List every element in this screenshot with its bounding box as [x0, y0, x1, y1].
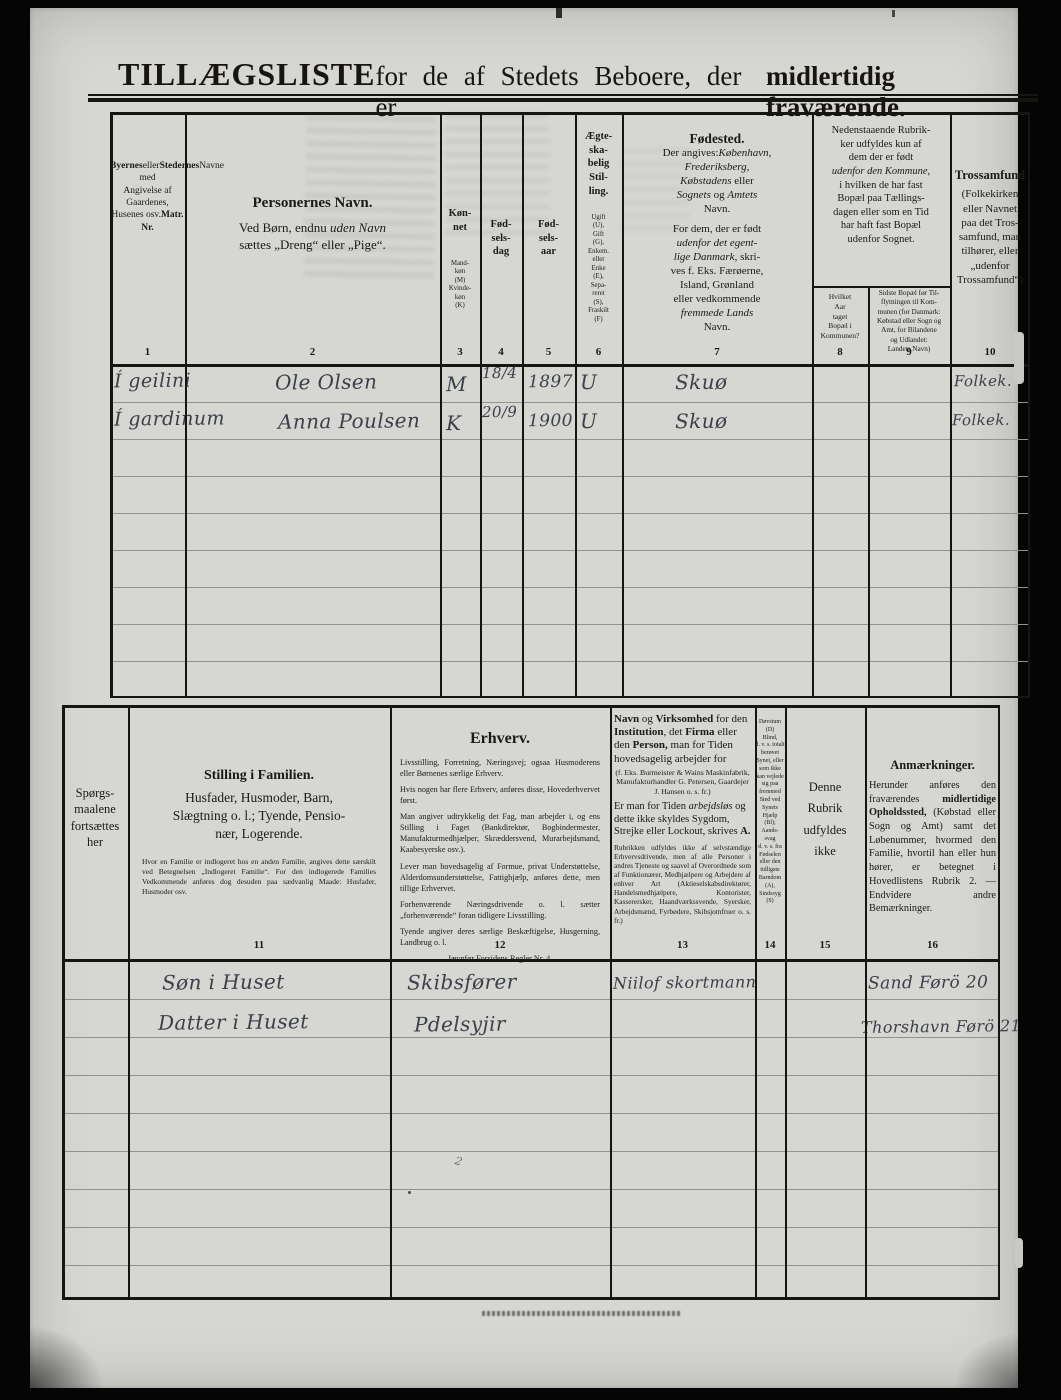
- column-number: 13: [610, 938, 755, 952]
- header-person-name-title: Personernes Navn.: [185, 194, 440, 214]
- header-religion: Trossamfund (Folkekirken eller Navnet pa…: [950, 167, 1030, 287]
- header-text: Virksomhed: [656, 713, 714, 725]
- table-grid-hline: [812, 286, 950, 288]
- lower-table: Spørgs- maalene fortsættes her Stilling …: [62, 705, 1000, 1300]
- header-religion-title: Trossamfund: [950, 167, 1030, 183]
- occupation-note: Livsstilling, Forretning, Næringsvej; og…: [400, 757, 600, 779]
- table-grid-vline: [110, 112, 113, 698]
- upper-table-grid: ByernesellerStedernesNavne med Angivelse…: [110, 112, 1030, 698]
- table-grid-vline: [1028, 112, 1031, 698]
- table-grid-vline: [522, 112, 524, 698]
- occupation-note: Hvis nogen har flere Erhverv, anføres di…: [400, 784, 600, 806]
- column-number: 16: [865, 938, 1000, 952]
- header-text: udenfor den Kommune: [832, 166, 928, 177]
- edge-speck: [892, 10, 895, 17]
- header-text: Institution: [614, 726, 664, 738]
- entry-name: Ole Olsen: [275, 369, 378, 394]
- header-occupation-title: Erhverv.: [390, 729, 610, 750]
- entry-religion: Folkek.: [954, 372, 1012, 391]
- entry-employer: Niilof skortmann: [613, 972, 757, 993]
- table-grid-hline: [62, 705, 1000, 708]
- header-marital-codes: Ugift (U), Gift (G), Enkem. eller Enke (…: [575, 214, 622, 324]
- entry-marital: U: [580, 409, 598, 433]
- header-do-not-fill: Denne Rubrik udfyldes ikke: [785, 777, 865, 862]
- title-rule-thick: [88, 98, 1038, 102]
- upper-table: ByernesellerStedernesNavne med Angivelse…: [80, 104, 1030, 698]
- entry-birth-year: 1900: [528, 411, 573, 431]
- header-marital-status: Ægte- ska- belig Stil- ling.: [575, 130, 622, 198]
- header-religion-body: (Folkekirken eller Navnet paa det Tros- …: [950, 187, 1030, 287]
- header-family-position-fine: Hvor en Familie er indlogeret hos en and…: [142, 857, 376, 898]
- entry-place: Í gardinum: [114, 407, 225, 430]
- entry-occupation: Skibsfører: [407, 969, 517, 994]
- table-grid-hline: [62, 1297, 1000, 1300]
- header-remarks-body: Herunder anføres den fraværendes midlert…: [869, 779, 996, 916]
- column-number: 8: [812, 345, 868, 359]
- header-employer-fine: Rubrikken udfyldes ikke af selvstændige …: [614, 843, 751, 925]
- header-employer-unemployed: Er man for Tiden arbejdsløs og dette ikk…: [614, 801, 751, 839]
- entry-family-position: Datter i Huset: [158, 1009, 309, 1035]
- table-grid-vline: [185, 112, 187, 698]
- header-birthplace: Fødested. Der angives:København, Frederi…: [622, 130, 812, 335]
- table-grid-vline: [480, 112, 482, 698]
- header-text: sættes „Dreng“ eller „Pige“.: [239, 237, 386, 252]
- header-text: fremmede Lands: [681, 307, 754, 319]
- table-grid-vline: [390, 705, 392, 1300]
- table-grid-vline: [575, 112, 577, 698]
- header-birthyear: Fød- sels- aar: [522, 218, 575, 259]
- header-person-name-note: Ved Børn, endnu uden Navn sættes „Dreng“…: [185, 220, 440, 254]
- header-text: Sognets: [677, 189, 714, 201]
- header-employer-examples: (f. Eks. Burmeister & Wains Maskinfabrik…: [614, 768, 751, 797]
- header-text: (Købstad eller Sogn og Amt) samt det Løb…: [869, 807, 996, 914]
- header-disabilities: Døvstum (D) Blind, d. v. s. totalt berøv…: [755, 719, 785, 906]
- occupation-note: Man angiver udtrykkelig det Fag, man arb…: [400, 811, 600, 855]
- header-employer-lead: Navn og Virksomhed for den Institution, …: [614, 713, 751, 766]
- header-text: Navn.: [704, 321, 731, 333]
- title-rule-thin: [88, 94, 1038, 96]
- header-birthplace-body2: For dem, der er født udenfor det egent- …: [622, 223, 812, 335]
- header-text: Person,: [633, 739, 668, 751]
- table-grid-hline: [110, 364, 1030, 367]
- header-text: Er man for Tiden: [614, 801, 689, 812]
- header-text: og: [639, 713, 656, 725]
- paper-edge-sliver: [1014, 332, 1024, 384]
- entry-sex: M: [446, 372, 467, 396]
- ink-speck: [408, 1191, 411, 1194]
- entry-birthplace: Skuø: [675, 409, 728, 434]
- header-birthplace-body: Der angives:København, Frederiksberg, Kø…: [622, 147, 812, 217]
- column-number: 7: [622, 345, 812, 359]
- scanned-census-page: TILLÆGSLISTE for de af Stedets Beboere, …: [0, 0, 1061, 1400]
- table-grid-vline: [610, 705, 612, 1300]
- paper-sheet: TILLÆGSLISTE for de af Stedets Beboere, …: [30, 8, 1018, 1388]
- paper-edge-sliver: [1015, 1238, 1023, 1268]
- table-grid-vline: [865, 705, 867, 1300]
- header-text: For dem, der er født: [673, 223, 761, 235]
- column-number: 3: [440, 345, 480, 359]
- entry-family-position: Søn i Huset: [162, 969, 285, 994]
- header-text: eller: [143, 161, 160, 171]
- entry-remarks: Sand Førö 20: [868, 972, 989, 993]
- occupation-note: Lever man hovedsagelig af Formue, privat…: [400, 861, 600, 894]
- column-number: 5: [522, 345, 575, 359]
- table-grid-vline: [998, 705, 1001, 1300]
- table-grid-hline: [110, 112, 1030, 115]
- header-sex-codes: Mand- køn (M) Kvinde- køn (K): [440, 260, 480, 311]
- header-text: Firma: [685, 726, 714, 738]
- entry-place: Í geilini: [114, 370, 191, 393]
- corner-shadow: [30, 1320, 110, 1388]
- table-grid-vline: [622, 112, 624, 698]
- column-number: 6: [575, 345, 622, 359]
- corner-shadow: [948, 1328, 1018, 1388]
- entry-birthplace: Skuø: [675, 370, 728, 395]
- entry-sex: K: [446, 411, 462, 435]
- header-text: Der angives:: [663, 147, 719, 159]
- column-number: 1: [110, 345, 185, 359]
- column-number: 14: [755, 938, 785, 952]
- header-text: Navn.: [704, 203, 731, 215]
- column-number: 4: [480, 345, 522, 359]
- header-text: uden Navn: [330, 220, 386, 235]
- column-number: 12: [390, 938, 610, 952]
- column-number: 9: [868, 345, 950, 359]
- table-grid-vline: [755, 705, 757, 1300]
- table-grid-vline: [812, 112, 814, 698]
- table-grid-vline: [950, 112, 952, 698]
- column-number: 2: [185, 345, 440, 359]
- table-grid-vline: [868, 286, 870, 698]
- table-grid-hline: [110, 696, 1030, 699]
- entry-marital: U: [580, 370, 598, 394]
- title-word-tillaegsliste: TILLÆGSLISTE: [118, 56, 375, 93]
- entry-birth-day: 20/9: [482, 403, 517, 421]
- header-questions-continue: Spørgs- maalene fortsættes her: [62, 785, 128, 850]
- header-text: Navn: [614, 713, 639, 725]
- header-place-names: ByernesellerStedernesNavne med Angivelse…: [110, 160, 185, 234]
- header-text: , det: [664, 726, 686, 738]
- header-text: eller: [734, 175, 754, 187]
- header-sex: Køn- net: [440, 207, 480, 234]
- header-text: og: [714, 189, 728, 201]
- header-text: Nedenstaaende Rubrik- ker udfyldes kun a…: [832, 125, 931, 163]
- table-grid-vline: [62, 705, 65, 1300]
- entry-occupation: Pdelsyjir: [414, 1012, 506, 1037]
- header-family-position-title: Stilling i Familien.: [128, 767, 390, 785]
- entry-birth-year: 1897: [528, 372, 573, 392]
- header-text: Ved Børn, endnu: [239, 220, 330, 235]
- edge-speck: [556, 8, 562, 18]
- header-remarks-title: Anmærkninger.: [865, 757, 1000, 773]
- column-number: 15: [785, 938, 865, 952]
- header-text: A.: [740, 826, 750, 837]
- header-year-moved: Hvilket Aar taget Bopæl i Kommunen?: [812, 292, 868, 341]
- column-number: 11: [128, 938, 390, 952]
- header-birthplace-title: Fødested.: [622, 130, 812, 147]
- table-grid-vline: [440, 112, 442, 698]
- header-text: arbejdsløs: [689, 801, 733, 812]
- occupation-note: Forhenværende Næringsdrivende o. l. sætt…: [400, 899, 600, 921]
- header-text: Amtets: [727, 189, 757, 201]
- table-grid-hline: [62, 959, 1000, 962]
- header-family-position-body: Husfader, Husmoder, Barn, Slægtning o. l…: [128, 789, 390, 844]
- header-text: , i hvilken de har fast Bopæl paa Tællin…: [833, 166, 930, 245]
- header-text: Byernes: [110, 161, 143, 171]
- entry-religion: Folkek.: [952, 411, 1010, 430]
- header-text: Stedernes: [160, 161, 200, 171]
- header-residence-note: Nedenstaaende Rubrik- ker udfyldes kun a…: [812, 124, 950, 247]
- entry-name: Anna Poulsen: [278, 408, 420, 433]
- header-text: for den: [713, 713, 747, 725]
- header-birthday: Fød- sels- dag: [480, 218, 522, 259]
- table-grid-vline: [128, 705, 130, 1300]
- table-grid-vline: [785, 705, 787, 1300]
- header-employer: Navn og Virksomhed for den Institution, …: [614, 713, 751, 925]
- printer-imprint-illegible: [482, 1311, 682, 1316]
